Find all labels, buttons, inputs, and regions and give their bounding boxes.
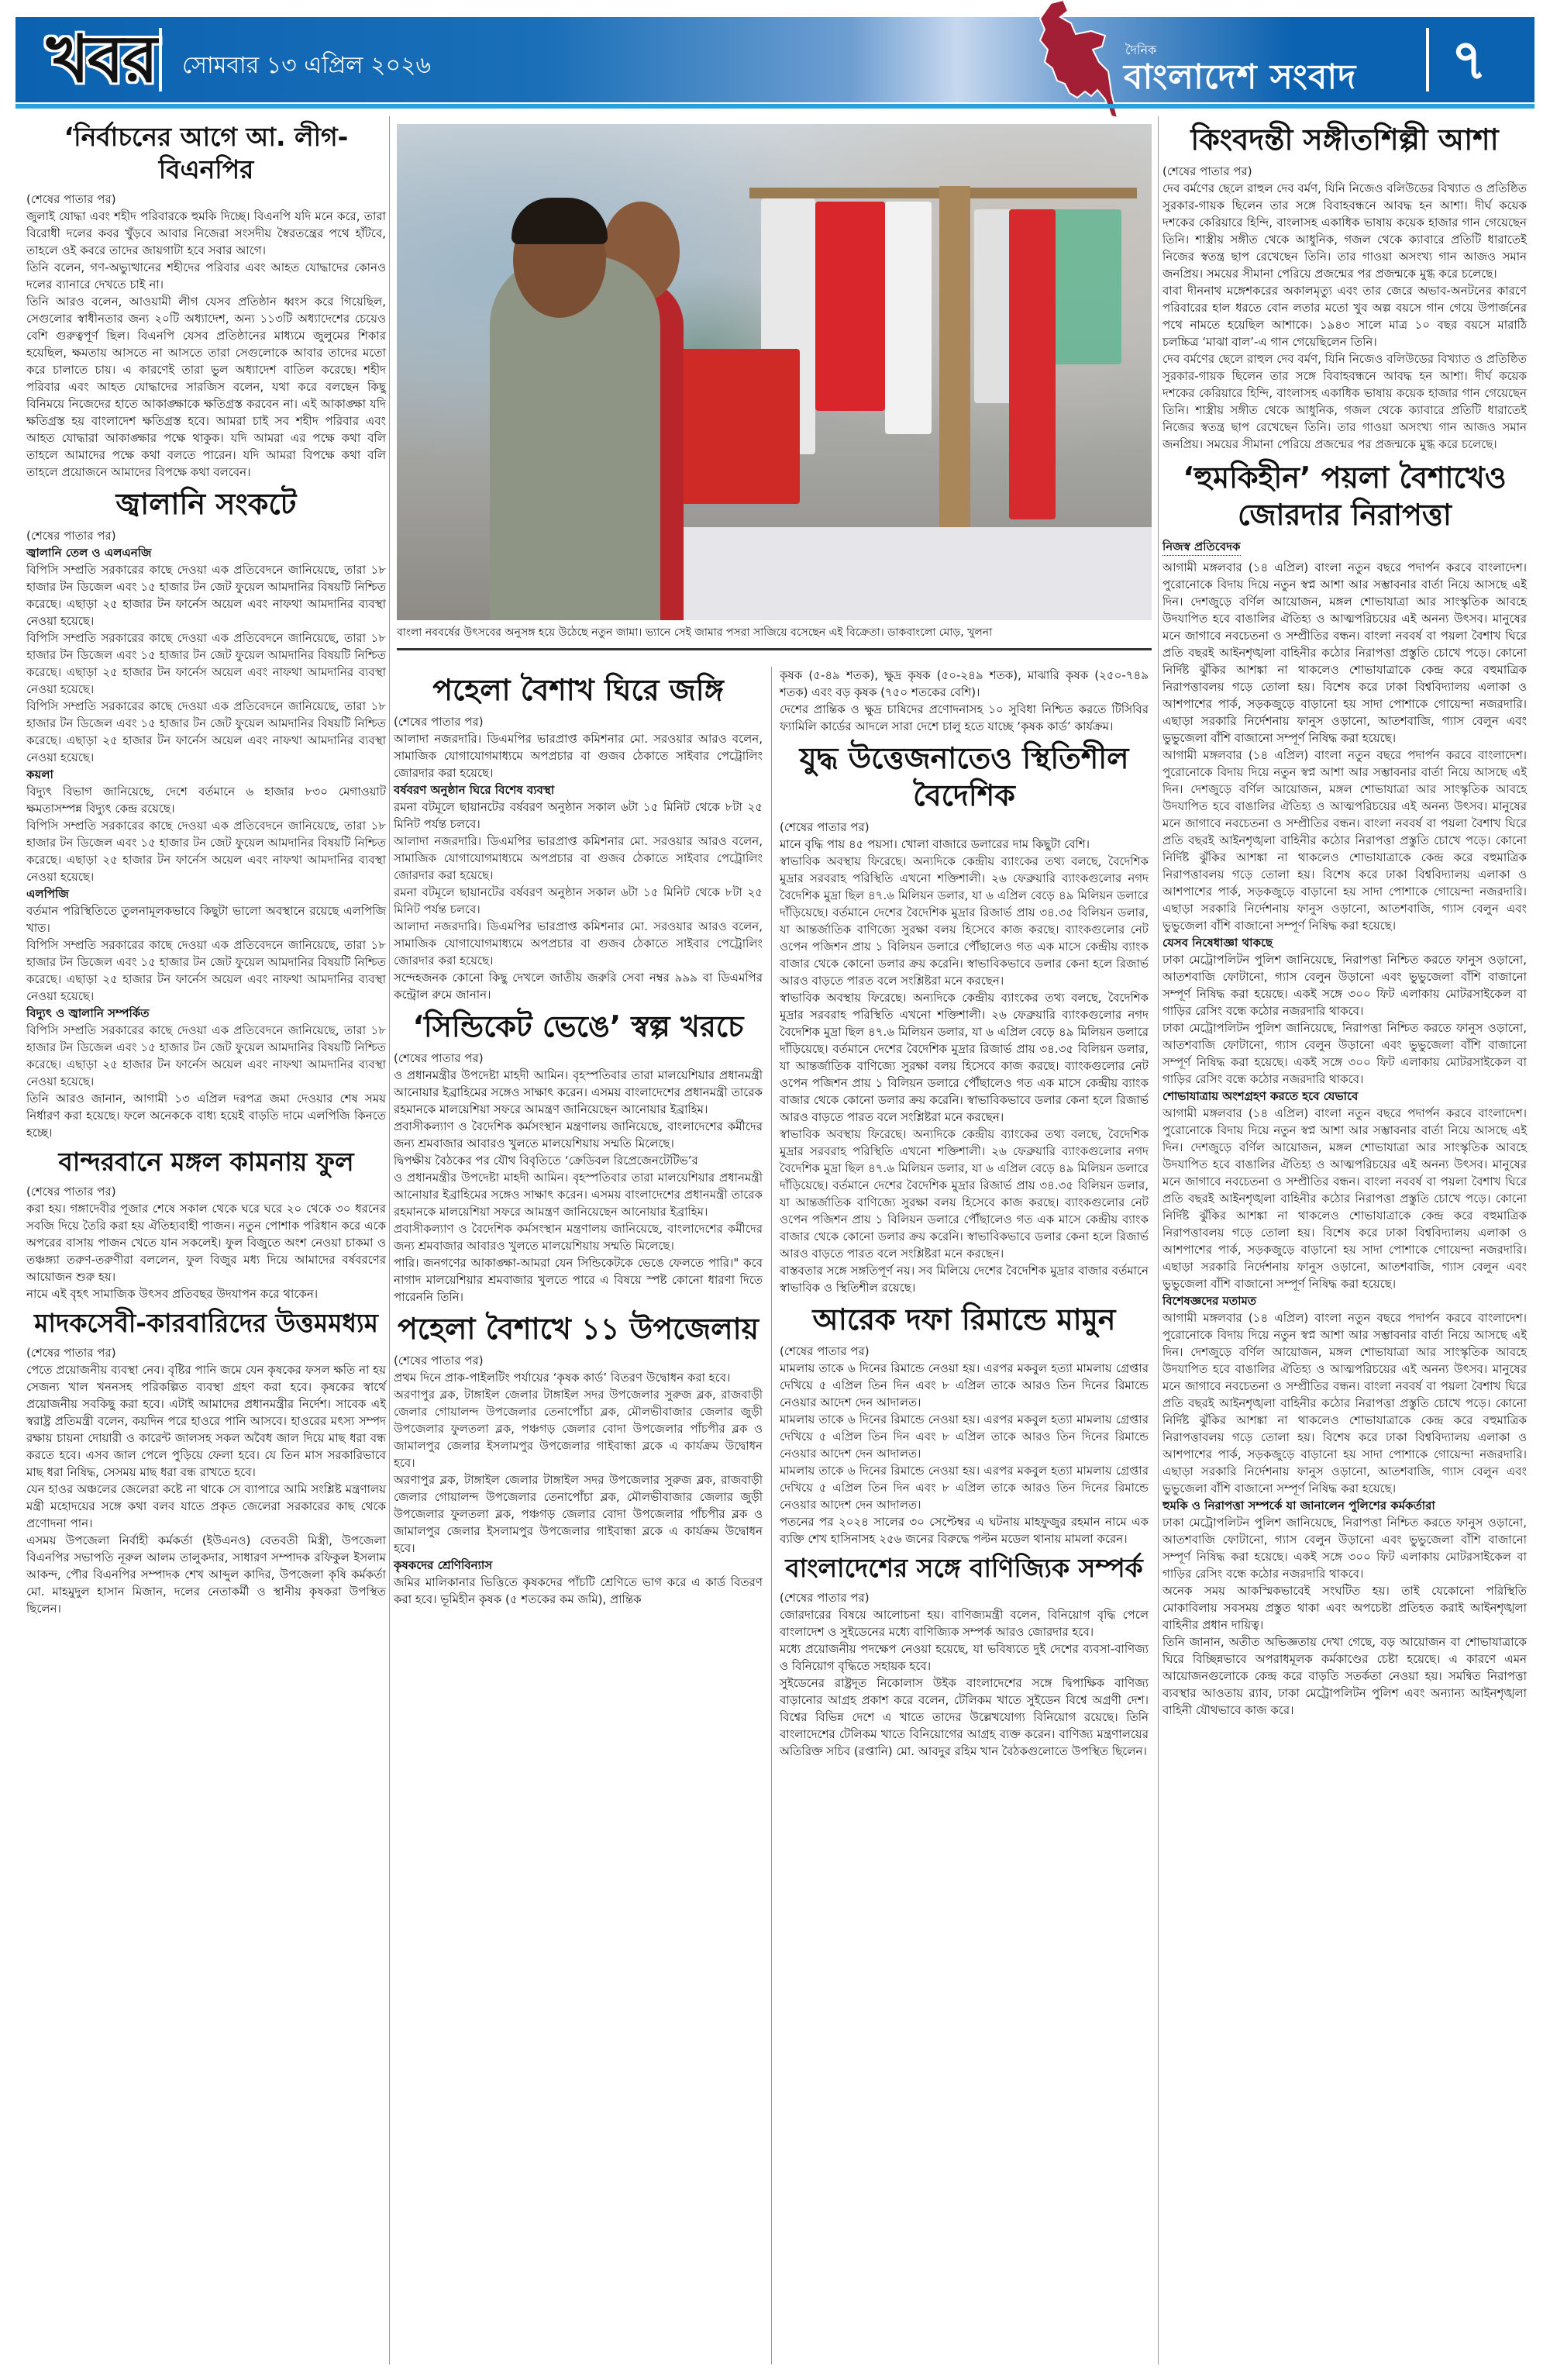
continued-label: (শেষের পাতার পর) [780, 1589, 1149, 1606]
paragraph: জোরদারের বিষয়ে আলোচনা হয়। বাণিজ্যমন্ত্… [780, 1606, 1149, 1640]
paragraph: বিপিসি সম্প্রতি সরকারের কাছে দেওয়া এক প… [26, 817, 386, 885]
masthead-rule [15, 104, 1534, 109]
paragraph: তিনি বলেন, গণ-অভ্যুত্থানের শহীদের পরিবার… [26, 259, 386, 293]
paragraph: পেতে প্রয়োজনীয় ব্যবস্থা নেব। বৃষ্টির প… [26, 1361, 386, 1481]
paragraph: প্রবাসীকল্যাণ ও বৈদেশিক কর্মসংস্থান মন্ত… [394, 1220, 763, 1254]
paragraph: প্রবাসীকল্যাণ ও বৈদেশিক কর্মসংস্থান মন্ত… [394, 1118, 763, 1152]
subheading: শোভাযাত্রায় অংশগ্রহণ করতে হবে যেভাবে [1162, 1088, 1527, 1105]
story-fuel: জ্বালানি সংকটে (শেষের পাতার পর) জ্বালানি… [26, 485, 386, 1141]
headline[interactable]: বাংলাদেশের সঙ্গে বাণিজ্যিক সম্পর্ক [780, 1552, 1149, 1585]
paragraph: বিপিসি সম্প্রতি সরকারের কাছে দেওয়া এক প… [26, 698, 386, 766]
paragraph: দ্বিপক্ষীয় বৈঠকের পর যৌথ বিবৃতিতে ‘ক্রে… [394, 1152, 763, 1169]
continued-label: (শেষের পাতার পর) [26, 1344, 386, 1361]
story-boishakh-upazila: পহেলা বৈশাখে ১১ উপজেলায় (শেষের পাতার পর… [394, 1310, 763, 1608]
headline[interactable]: যুদ্ধ উত্তেজনাতেও স্থিতিশীল বৈদেশিক [780, 740, 1149, 814]
masthead-divider-right [1426, 28, 1429, 91]
paragraph: মধ্যে প্রয়োজনীয় পদক্ষেপ নেওয়া হয়েছে,… [780, 1640, 1149, 1675]
paragraph: সন্দেহজনক কোনো কিছু দেখলে জাতীয় জরুরি স… [394, 969, 763, 1003]
column-divider [1158, 116, 1159, 2364]
headline[interactable]: পহেলা বৈশাখ ঘিরে জঙ্গি [394, 671, 763, 709]
story-farmer-card-continued: কৃষক (৫-৪৯ শতক), ক্ষুদ্র কৃষক (৫০-২৪৯ শত… [780, 667, 1149, 735]
story-security: ‘হুমকিহীন’ পয়লা বৈশাখেও জোরদার নিরাপত্ত… [1162, 459, 1527, 1719]
paragraph: যেন হাওর অঞ্চলের জেলেরা কষ্টে না থাকে সে… [26, 1481, 386, 1532]
photo-caption: বাংলা নববর্ষের উৎসবের অনুসঙ্গ হয়ে উঠেছে… [397, 625, 1152, 640]
paragraph: তিনি আরও জানান, আগামী ১৩ এপ্রিল দরপত্র জ… [26, 1090, 386, 1141]
headline[interactable]: জ্বালানি সংকটে [26, 485, 386, 523]
paragraph: মামলায় তাকে ৬ দিনের রিমান্ডে নেওয়া হয়… [780, 1462, 1149, 1513]
continued-label: (শেষের পাতার পর) [26, 527, 386, 544]
paragraph: ঢাকা মেট্রোপলিটন পুলিশ জানিয়েছে, নিরাপত… [1162, 1019, 1527, 1088]
headline[interactable]: কিংবদন্তী সঙ্গীতশিল্পী আশা [1162, 121, 1527, 158]
continued-label: (শেষের পাতার পর) [394, 1352, 763, 1369]
story-asha: কিংবদন্তী সঙ্গীতশিল্পী আশা (শেষের পাতার … [1162, 121, 1527, 453]
continued-label: (শেষের পাতার পর) [780, 1343, 1149, 1360]
story-syndicate: ‘সিন্ডিকেট ভেঙে’ স্বল্প খরচে (শেষের পাতা… [394, 1008, 763, 1306]
subheading: জ্বালানি তেল ও এলএনজি [26, 544, 386, 561]
column-right: কিংবদন্তী সঙ্গীতশিল্পী আশা (শেষের পাতার … [1162, 116, 1527, 1719]
paragraph: বিপিসি সম্প্রতি সরকারের কাছে দেওয়া এক প… [26, 936, 386, 1005]
headline[interactable]: বান্দরবানে মঙ্গল কামনায় ফুল [26, 1146, 386, 1178]
paragraph: স্বাভাবিক অবস্থায় ফিরেছে। অন্যদিকে কেন্… [780, 853, 1149, 989]
masthead: খবর সোমবার ১৩ এপ্রিল ২০২৬ দৈনিক বাংলাদেশ… [15, 17, 1534, 102]
paragraph: দেব বর্মণের ছেলে রাহুল দেব বর্মণ, যিনি ন… [1162, 350, 1527, 453]
paragraph: নামে এই বৃহৎ সামাজিক উৎসব প্রতিবছর উদযাপ… [26, 1285, 386, 1302]
column-left: ‘নির্বাচনের আগে আ. লীগ-বিএনপির (শেষের পা… [26, 116, 386, 1617]
paragraph: আলাদা নজরদারি। ডিএমপির ভারপ্রাপ্ত কমিশনা… [394, 833, 763, 884]
column-middle-b: কৃষক (৫-৪৯ শতক), ক্ষুদ্র কৃষক (৫০-২৪৯ শত… [780, 667, 1149, 1760]
paragraph: বাস্তবতার সঙ্গে সঙ্গতিপূর্ণ নয়। সব মিলি… [780, 1262, 1149, 1296]
paragraph: অরণাপুর ব্লক, টাঙ্গাইল জেলার টাঙ্গাইল সদ… [394, 1386, 763, 1471]
paragraph: আগামী মঙ্গলবার (১৪ এপ্রিল) বাংলা নতুন বছ… [1162, 1309, 1527, 1497]
story-trade: বাংলাদেশের সঙ্গে বাণিজ্যিক সম্পর্ক (শেষে… [780, 1552, 1149, 1760]
paragraph: ও প্রধানমন্ত্রীর উপদেষ্টা মাহদী আমিন। বৃ… [394, 1169, 763, 1220]
paragraph: বিপিসি সম্প্রতি সরকারের কাছে দেওয়া এক প… [26, 561, 386, 629]
paragraph: ও প্রধানমন্ত্রীর উপদেষ্টা মাহদী আমিন। বৃ… [394, 1067, 763, 1118]
paragraph: বর্তমান পরিস্থিতিতে তুলনামূলকভাবে কিছুটা… [26, 902, 386, 936]
masthead-divider [159, 28, 162, 91]
paragraph: মামলায় তাকে ৬ দিনের রিমান্ডে নেওয়া হয়… [780, 1411, 1149, 1462]
story-mamun: আরেক দফা রিমান্ডে মামুন (শেষের পাতার পর)… [780, 1301, 1149, 1547]
continued-label: (শেষের পাতার পর) [394, 1050, 763, 1067]
paragraph: বিদ্যুৎ বিভাগ জানিয়েছে, দেশে বর্তমানে ৬… [26, 783, 386, 817]
column-divider [771, 667, 772, 2364]
column-divider [389, 116, 390, 2364]
paragraph: মামলায় তাকে ৬ দিনের রিমান্ডে নেওয়া হয়… [780, 1360, 1149, 1411]
headline[interactable]: আরেক দফা রিমান্ডে মামুন [780, 1301, 1149, 1338]
continued-label: (শেষের পাতার পর) [394, 713, 763, 730]
headline[interactable]: ‘নির্বাচনের আগে আ. লীগ-বিএনপির [26, 121, 386, 186]
paragraph: রমনা বটমূলে ছায়ানটের বর্ষবরণ অনুষ্ঠান স… [394, 884, 763, 918]
paragraph: ঢাকা মেট্রোপলিটন পুলিশ জানিয়েছে, নিরাপত… [1162, 1514, 1527, 1582]
section-title: খবর [46, 23, 157, 95]
subheading: হুমকি ও নিরাপত্তা সম্পর্কে যা জানালেন পু… [1162, 1497, 1527, 1514]
paragraph: এসময় উপজেলা নির্বাহী কর্মকর্তা (ইউএনও) … [26, 1532, 386, 1617]
subheading: যেসব নিষেধাজ্ঞা থাকছে [1162, 934, 1527, 951]
paragraph: আগামী মঙ্গলবার (১৪ এপ্রিল) বাংলা নতুন বছ… [1162, 1105, 1527, 1292]
paragraph: পতনের পর ২০২৪ সালের ৩০ সেপ্টেম্বর এ ঘটনা… [780, 1513, 1149, 1547]
issue-date: সোমবার ১৩ এপ্রিল ২০২৬ [182, 47, 431, 86]
subheading: কৃষকদের শ্রেণিবিন্যাস [394, 1557, 763, 1574]
paragraph: স্বাভাবিক অবস্থায় ফিরেছে। অন্যদিকে কেন্… [780, 989, 1149, 1126]
paragraph: বাবা দীননাথ মঙ্গেশকরের অকালমৃত্যু এবং তা… [1162, 282, 1527, 350]
story-boishakh-militant: পহেলা বৈশাখ ঘিরে জঙ্গি (শেষের পাতার পর) … [394, 671, 763, 1003]
story-forex: যুদ্ধ উত্তেজনাতেও স্থিতিশীল বৈদেশিক (শেষ… [780, 740, 1149, 1296]
continued-label: (শেষের পাতার পর) [780, 819, 1149, 836]
paragraph: কৃষক (৫-৪৯ শতক), ক্ষুদ্র কৃষক (৫০-২৪৯ শত… [780, 667, 1149, 701]
headline[interactable]: ‘সিন্ডিকেট ভেঙে’ স্বল্প খরচে [394, 1008, 763, 1045]
news-photo [397, 124, 1152, 620]
paragraph: বিপিসি সম্প্রতি সরকারের কাছে দেওয়া এক প… [26, 629, 386, 698]
paragraph: পারি। জনগণের আকাঙ্ক্ষা-আমরা যেন সিন্ডিকে… [394, 1254, 763, 1306]
paragraph: অরণাপুর ব্লক, টাঙ্গাইল জেলার টাঙ্গাইল সদ… [394, 1471, 763, 1557]
story-drugs: মাদকসেবী-কারবারিদের উত্তমমধ্যম (শেষের পা… [26, 1307, 386, 1617]
paragraph: মানে বৃদ্ধি পায় ৪৫ পয়সা। খোলা বাজারে ড… [780, 836, 1149, 853]
paragraph: দেশের প্রান্তিক ও ক্ষুদ্র চাষিদের প্রণোদ… [780, 701, 1149, 735]
story-election: ‘নির্বাচনের আগে আ. লীগ-বিএনপির (শেষের পা… [26, 121, 386, 481]
paragraph: করা হয়। গঙ্গাদেবীর পূজার শেষে সকাল থেকে… [26, 1200, 386, 1285]
paragraph: তিনি জানান, অতীত অভিজ্ঞতায় দেখা গেছে, ব… [1162, 1633, 1527, 1719]
paragraph: ঢাকা মেট্রোপলিটন পুলিশ জানিয়েছে, নিরাপত… [1162, 951, 1527, 1019]
paragraph: স্বাভাবিক অবস্থায় ফিরেছে। অন্যদিকে কেন্… [780, 1126, 1149, 1262]
bangladesh-map-icon [1037, 0, 1122, 118]
headline[interactable]: পহেলা বৈশাখে ১১ উপজেলায় [394, 1310, 763, 1347]
paragraph: রমনা বটমূলে ছায়ানটের বর্ষবরণ অনুষ্ঠান স… [394, 799, 763, 833]
subheading: কয়লা [26, 766, 386, 783]
paragraph: বিপিসি সম্প্রতি সরকারের কাছে দেওয়া এক প… [26, 1022, 386, 1090]
story-bandarban: বান্দরবানে মঙ্গল কামনায় ফুল (শেষের পাতা… [26, 1146, 386, 1302]
paragraph: জমির মালিকানার ভিত্তিতে কৃষকদের পাঁচটি শ… [394, 1574, 763, 1608]
page-number: ৭ [1451, 28, 1487, 91]
paragraph: আগামী মঙ্গলবার (১৪ এপ্রিল) বাংলা নতুন বছ… [1162, 747, 1527, 934]
paragraph: আলাদা নজরদারি। ডিএমপির ভারপ্রাপ্ত কমিশনা… [394, 730, 763, 781]
continued-label: (শেষের পাতার পর) [1162, 163, 1527, 180]
brand-name: বাংলাদেশ সংবাদ [1124, 51, 1356, 108]
continued-label: (শেষের পাতার পর) [26, 1183, 386, 1200]
paragraph: দেব বর্মণের ছেলে রাহুল দেব বর্মণ, যিনি ন… [1162, 180, 1527, 282]
subheading: বিশেষজ্ঞদের মতামত [1162, 1292, 1527, 1309]
section-rule [397, 648, 1152, 650]
paragraph: জুলাই যোদ্ধা এবং শহীদ পরিবারকে হুমকি দিচ… [26, 208, 386, 259]
subheading: বর্ষবরণ অনুষ্ঠান ঘিরে বিশেষ ব্যবস্থা [394, 781, 763, 799]
column-middle-a: পহেলা বৈশাখ ঘিরে জঙ্গি (শেষের পাতার পর) … [394, 667, 763, 1608]
paragraph: আগামী মঙ্গলবার (১৪ এপ্রিল) বাংলা নতুন বছ… [1162, 559, 1527, 747]
paragraph: সুইডেনের রাষ্ট্রদূত নিকোলাস উইক বাংলাদেশ… [780, 1675, 1149, 1760]
paragraph: তিনি আরও বলেন, আওয়ামী লীগ যেসব প্রতিষ্ঠ… [26, 293, 386, 481]
paragraph: প্রথম দিনে প্রাক-পাইলটিং পর্যায়ের ‘কৃষক… [394, 1369, 763, 1386]
headline[interactable]: ‘হুমকিহীন’ পয়লা বৈশাখেও জোরদার নিরাপত্ত… [1162, 459, 1527, 533]
byline: নিজস্ব প্রতিবেদক [1162, 538, 1241, 556]
headline[interactable]: মাদকসেবী-কারবারিদের উত্তমমধ্যম [26, 1307, 386, 1340]
subheading: এলপিজি [26, 885, 386, 902]
paragraph: অনেক সময় আকস্মিকভাবেই সংঘটিত হয়। তাই য… [1162, 1582, 1527, 1633]
subheading: বিদ্যুৎ ও জ্বালানি সম্পর্কিত [26, 1005, 386, 1022]
continued-label: (শেষের পাতার পর) [26, 191, 386, 208]
paragraph: আলাদা নজরদারি। ডিএমপির ভারপ্রাপ্ত কমিশনা… [394, 918, 763, 969]
